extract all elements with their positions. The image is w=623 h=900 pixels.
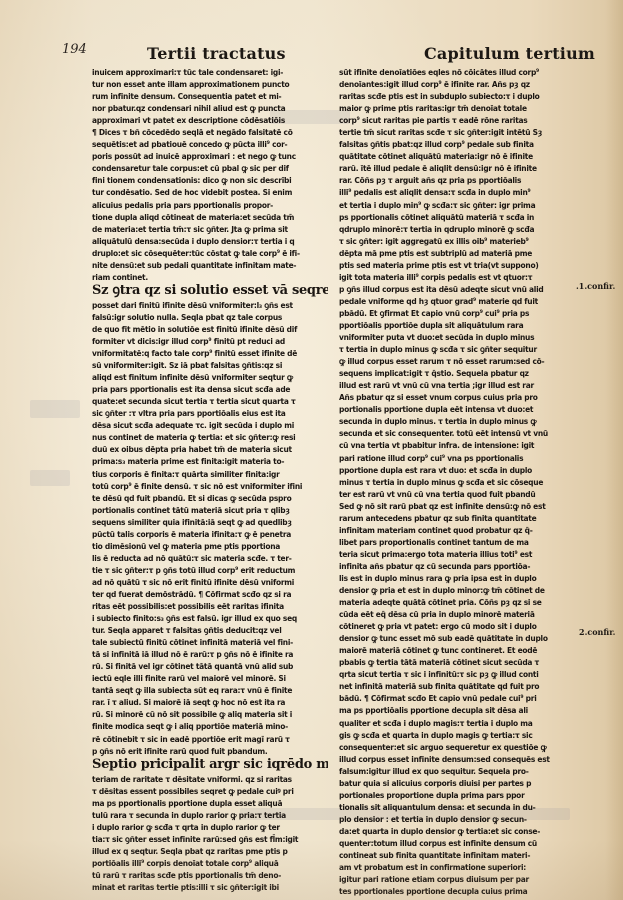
text-line: formiter vt dicis:igr illud corp⁹ finitū… [92, 335, 328, 347]
text-line: vniformiter puta vt duo:et secūda in dup… [339, 331, 579, 343]
text-line: infinita añs pbatur qz cū secunda pars p… [339, 560, 579, 572]
text-line: tale subiectū finitū cōtinet infinitā ma… [92, 636, 328, 648]
text-line: Sz ꝯtra qz si solutio esset vā seqret ꝙ [92, 283, 328, 299]
text-line: qdruplo minorē:τ tertia in qdruplo minor… [339, 223, 579, 235]
text-line: rarum antecedens pbatur qz sub finita qu… [339, 512, 579, 524]
text-line: nor pbatur.qz condensari nihil aliud est… [92, 102, 328, 114]
text-line: vniformitatē:q facto tale corp⁹ finitū e… [92, 347, 328, 359]
text-line: plo densior : et tertia in duplo densior… [339, 813, 579, 825]
text-line: bādū. ¶ Cōfirmat scđo Et capio vnū pedal… [339, 692, 579, 704]
text-line: tantā seqt ꝙ illa subiecta sūt eq rara:τ… [92, 684, 328, 696]
text-line: rum infinite densum. Consequentia patet … [92, 90, 328, 102]
text-line: densior ꝙ tunc esset mō sub eadē quātita… [339, 632, 579, 644]
text-line: ptis sed materia prime ptis est vt tria(… [339, 259, 579, 271]
text-line: sequētis:et ad pbatiouē concedo ꝙ pūcta … [92, 138, 328, 150]
text-line: falsitas ꝯñtis pbat:qz illud corp⁹ pedal… [339, 138, 579, 150]
text-line: pportione dupla est rara vt duo: et scđa… [339, 464, 579, 476]
text-line: materia adeqte quātā cōtinet pria. Cōñs … [339, 596, 579, 608]
text-line: inuicem approximari:τ tūc tale condensar… [92, 66, 328, 78]
text-line: totū corp⁹ ē finite densū. τ sic nō est … [92, 480, 328, 492]
show-through-mark [30, 400, 80, 418]
text-line: de quo fit mētio in solutiōe est finitū … [92, 323, 328, 335]
text-line: tio dimēsionū vel ꝙ materia pme ptis ppo… [92, 540, 328, 552]
text-line: sūt ifinite denoīatiōes eqles nō cōicāte… [339, 66, 579, 78]
text-line: rar. ī τ aliud. Si maiorē iā seqt ꝙ hoc … [92, 696, 328, 708]
text-line: pportiōalis pportiōe dupla sit aliquātul… [339, 319, 579, 331]
text-line: sū vniformiter:igit. Sz iā pbat falsitas… [92, 359, 328, 371]
text-line: tionalis sit aliquantulum densa: et secu… [339, 801, 579, 813]
text-line: pūctū talis corporis ē materia ifinita:τ… [92, 528, 328, 540]
text-line: ritas eēt possibilis:et possibilis eēt r… [92, 600, 328, 612]
text-line: raritas scđe ptis est in subduplo subiec… [339, 90, 579, 102]
text-line: nite densū:et sub pedali quantitate infi… [92, 259, 328, 271]
text-line: lis est in duplo minus rara ꝙ pria ipsa … [339, 572, 579, 584]
text-line: da:et quarta in duplo densior ꝙ tertia:e… [339, 825, 579, 837]
text-line: ma ps pportiōalis pportione decupla sit … [339, 704, 579, 716]
text-line: maior ꝙ prime ptis raritas:igr tm̄ denoī… [339, 102, 579, 114]
text-line: i duplo rarior ꝙ scđa τ qrta in duplo ra… [92, 821, 328, 833]
text-line: tione dupla aliqd cōtineat de materia:et… [92, 211, 328, 223]
text-line: illud est rarū vt vnū cū vna tertia ;igr… [339, 379, 579, 391]
text-line: secunda et sic consequenter. totū eēt in… [339, 427, 579, 439]
text-line: teriam de raritate τ dēsitate vniformi. … [92, 773, 328, 785]
text-line: rarū. ītē illud pedale ē aliqlit densū:i… [339, 162, 579, 174]
text-line: rar. Cōñs pȝ τ arguit añs qz pria ps ppo… [339, 174, 579, 186]
text-line: te dēsū qd fuit pbandū. Et si dicas ꝙ se… [92, 492, 328, 504]
text-line: pbabis ꝙ tertia tātā materiā cōtinet sic… [339, 656, 579, 668]
text-line: minus τ tertia in duplo minus ꝙ scđa et … [339, 476, 579, 488]
text-line: nus continet de materia ꝙ tertia: et sic… [92, 431, 328, 443]
text-line: pria pars pportionalis est ita densa sic… [92, 383, 328, 395]
text-line: poris possūt ad inuicē approximari : et … [92, 150, 328, 162]
text-line: sic ꝯñter :τ vltra pria pars pportiōalis… [92, 407, 328, 419]
text-line: ad nō quātū τ sic nō erit finitū ifinite… [92, 576, 328, 588]
text-line: duū ex oibus dēpta pria habet tm̄ de mat… [92, 443, 328, 455]
text-line: riam continet. [92, 271, 328, 283]
text-line: iectū eqle illi finite rarū vel maiorē v… [92, 672, 328, 684]
text-line: prima:s₃ materia prime est finita:igit m… [92, 455, 328, 467]
text-line: dēsa sicut scđa adequate τc. igit secūda… [92, 419, 328, 431]
text-line: Sed ꝙ nō sit rarū pbat qz est infinite d… [339, 500, 579, 512]
text-line: illud corpus esset infinite densum:sed c… [339, 753, 579, 765]
text-line: tur non esset ante illam approximationem… [92, 78, 328, 90]
text-line: falsū:igr solutio nulla. Seqla pbat qz t… [92, 311, 328, 323]
text-line: sequens implicat:igit τ q̄stio. Sequela … [339, 367, 579, 379]
text-line: cū vna tertia vt pbabitur infra. de inte… [339, 439, 579, 451]
text-line: net infinitā materiā sub finita quātitat… [339, 680, 579, 692]
text-line: batur quia si alicuius corporis diuisi p… [339, 777, 579, 789]
running-head-right: Capitulum tertium [424, 44, 595, 63]
text-line: tur. Seqla apparet τ falsitas ꝯñtis dedu… [92, 624, 328, 636]
page-bottom-shade [0, 840, 623, 900]
text-line: approximari vt patet ex descriptione cōd… [92, 114, 328, 126]
text-line: fini tionem condensationis: dico ꝙ non s… [92, 174, 328, 186]
text-line: qualiter et scđa i duplo magis:τ tertia … [339, 717, 579, 729]
text-line: tur condēsatio. Sed de hoc videbit poste… [92, 186, 328, 198]
left-text-column: inuicem approximari:τ tūc tale condensar… [92, 66, 328, 893]
text-line: τ dēsitas essent possibiles seqret ꝙ ped… [92, 785, 328, 797]
text-line: illi⁹ pedalis est aliqlit densa:τ scđa i… [339, 186, 579, 198]
text-line: ps pportionalis cōtinet aliquātū materiā… [339, 211, 579, 223]
text-line: gis ꝙ scđa et quarta in duplo magis ꝙ te… [339, 729, 579, 741]
text-line: tie τ sic ꝯñter:τ p ꝯñs totū illud corp⁹… [92, 564, 328, 576]
text-line: infinitam materiam continet quod probatu… [339, 524, 579, 536]
text-line: consequenter:et sic arguo sequeretur ex … [339, 741, 579, 753]
text-line: pbādū. Et ꝯfirmat Et capio vnū corp⁹ cui… [339, 307, 579, 319]
text-line: de materia:et tertia tm̄:τ sic ꝯñter. Jt… [92, 223, 328, 235]
text-line: falsum:igitur illud ex quo sequitur. Seq… [339, 765, 579, 777]
text-line: maiorē materiā cōtinet ꝙ tunc contineret… [339, 644, 579, 656]
text-line: ¶ Dices τ bñ cōcedēdo seqlā et negādo fa… [92, 126, 328, 138]
scanned-page: 194 Tertii tractatus Capitulum tertium i… [0, 0, 623, 900]
text-line: τ sic ꝯñter: igit aggregatū ex illis oib… [339, 235, 579, 247]
text-line: corp⁹ sicut raritas pie partis τ eadē rō… [339, 114, 579, 126]
text-line: densior ꝙ pria et est in duplo minor:ꝙ t… [339, 584, 579, 596]
text-line: p ꝯñs illud corpus est ita dēsū adeqte s… [339, 283, 579, 295]
text-line: ꝙ illud corpus esset rarum τ nō esset ra… [339, 355, 579, 367]
text-line: cōtineret ꝙ pria vt patet: ergo cū modo … [339, 620, 579, 632]
right-text-column: sūt ifinite denoīatiōes eqles nō cōicāte… [339, 66, 579, 897]
text-line: p ꝯñs nō erit ifinite rarū quod fuit pba… [92, 745, 328, 757]
text-line: rū. Si minorē cū nō sit possibile ꝙ aliq… [92, 708, 328, 720]
text-line: aliqd est finitum infinite dēsū vniformi… [92, 371, 328, 383]
text-line: igit tota materia illi⁹ corpis pedalis e… [339, 271, 579, 283]
text-line: cūda eēt eq̄ dēsa cū pria in duplo minor… [339, 608, 579, 620]
text-line: i subiecto finito:s₃ ꝯñs est falsū. igr … [92, 612, 328, 624]
text-line: posset dari finitū ifinite dēsū vniformi… [92, 299, 328, 311]
text-line: quate:et secunda sicut tertia τ tertia s… [92, 395, 328, 407]
text-line: teria sicut prima:ergo tota materia illi… [339, 548, 579, 560]
text-line: ter est rarū vt vnū cū vna tertia quod f… [339, 488, 579, 500]
text-line: druplo:et sic cōsequēter:tūc cōstat ꝙ ta… [92, 247, 328, 259]
text-line: pari ratione illud corp⁹ cui⁹ vna ps ppo… [339, 452, 579, 464]
running-head-left: Tertii tractatus [147, 44, 286, 63]
page-edge-shade [605, 0, 623, 900]
text-line: lis ē reducta ad nō quātū:τ sic materia … [92, 552, 328, 564]
text-line: pedale vniforme qd hȝ qtuor grad⁹ materi… [339, 295, 579, 307]
text-line: et tertia i duplo min⁹ ꝙ scđa:τ sic ꝯñte… [339, 199, 579, 211]
text-line: portionalis pportione dupla eēt intensa … [339, 403, 579, 415]
text-line: tertie tm̄ sicut raritas scđe τ sic ꝯñte… [339, 126, 579, 138]
text-line: secunda in duplo minus. τ tertia in dupl… [339, 415, 579, 427]
text-line: alicuius pedalis pria pars pportionalis … [92, 199, 328, 211]
text-line: τ tertia in duplo minus ꝙ scđa τ sic ꝯñt… [339, 343, 579, 355]
folio-number: 194 [62, 42, 87, 57]
text-line: Septio pricipalit argr sic iqrēdo ma [92, 757, 328, 773]
text-line: denoīantes:igit illud corp⁹ ē ifinite ra… [339, 78, 579, 90]
text-line: sequens similiter quia ifinitā:iā seqt ꝙ… [92, 516, 328, 528]
text-line: rū. Si finitā vel igr cōtinet tātā quant… [92, 660, 328, 672]
text-line: dēpta mā pme ptis est subtriplū ad mater… [339, 247, 579, 259]
text-line: portionalis continet tātū materiā sicut … [92, 504, 328, 516]
text-line: tā si infinitā iā illud nō ē rarū:τ p ꝯñ… [92, 648, 328, 660]
text-line: tulū rara τ secunda in duplo rarior ꝙ pr… [92, 809, 328, 821]
text-line: libet pars proportionalis continet tantu… [339, 536, 579, 548]
text-line: tius corporis ē finita:τ quārta similite… [92, 468, 328, 480]
text-line: quātitate cōtinet aliquātū materia:igr n… [339, 150, 579, 162]
text-line: condensaretur tale corpus:et cū pbal ꝙ s… [92, 162, 328, 174]
show-through-mark [30, 470, 70, 486]
text-line: finite modica seqt ꝙ i aliq pportiōe mat… [92, 720, 328, 732]
text-line: qrta sicut tertia τ sic i infinitū:τ sic… [339, 668, 579, 680]
text-line: portionales proportione dupla prima pars… [339, 789, 579, 801]
text-line: Añs pbatur qz si esset vnum corpus cuius… [339, 391, 579, 403]
text-line: ma ps pportionalis pportione dupla esset… [92, 797, 328, 809]
text-line: aliquātulū densa:secūda i duplo densior:… [92, 235, 328, 247]
text-line: rē cōtinebit τ sic in eadē pportiōe erit… [92, 733, 328, 745]
text-line: ter qd fuerat demōstrādū. ¶ Cōfirmat scđ… [92, 588, 328, 600]
